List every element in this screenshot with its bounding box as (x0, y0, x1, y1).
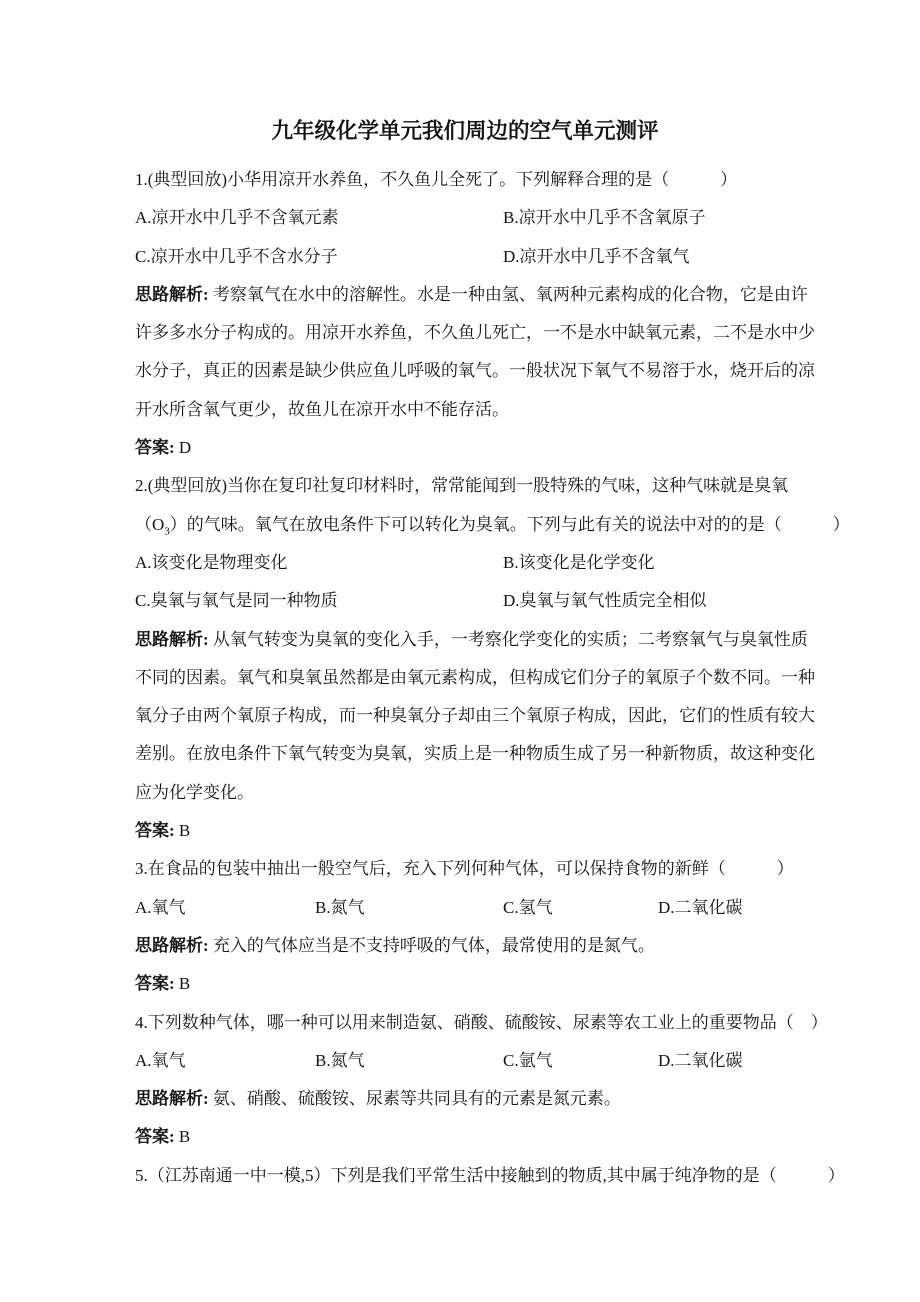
question-1-option-a: A.凉开水中几乎不含氧元素 (135, 199, 503, 237)
question-1-answer-line: 答案: D (135, 429, 795, 467)
question-1-option-d: D.凉开水中几乎不含氧气 (503, 238, 795, 276)
question-1-options-row-1: A.凉开水中几乎不含氧元素 B.凉开水中几乎不含氧原子 (135, 199, 795, 237)
question-3-answer-line: 答案: B (135, 965, 795, 1003)
question-2-analysis-line-1: 思路解析: 从氧气转变为臭氧的变化入手，一考察化学变化的实质；二考察氧气与臭氧性… (135, 621, 795, 659)
question-3-analysis-line-1: 思路解析: 充入的气体应当是不支持呼吸的气体，最常使用的是氮气。 (135, 927, 795, 965)
question-1-options-row-2: C.凉开水中几乎不含水分子 D.凉开水中几乎不含氧气 (135, 238, 795, 276)
question-2-analysis-line-3: 氧分子由两个氧原子构成，而一种臭氧分子却由三个氧原子构成，因此，它们的性质有较大 (135, 697, 795, 735)
answer-label: 答案: (135, 821, 179, 840)
question-3: 3.在食品的包装中抽出一般空气后，充入下列何种气体，可以保持食物的新鲜（ ） A… (135, 850, 795, 1003)
answer-label: 答案: (135, 1127, 179, 1146)
question-2-options-row-1: A.该变化是物理变化 B.该变化是化学变化 (135, 544, 795, 582)
question-2-stem-line-2-post: ）的气味。氧气在放电条件下可以转化为臭氧。下列与此有关的说法中对的的是（ ） (170, 515, 850, 534)
question-4-option-c: C.氩气 (503, 1042, 658, 1080)
question-1-option-b: B.凉开水中几乎不含氧原子 (503, 199, 795, 237)
question-2-stem-line-1: 2.(典型回放)当你在复印社复印材料时，常常能闻到一股特殊的气味，这种气味就是臭… (135, 467, 795, 505)
question-4: 4.下列数种气体，哪一种可以用来制造氨、硝酸、硫酸铵、尿素等农工业上的重要物品（… (135, 1004, 795, 1157)
question-3-option-c: C.氢气 (503, 889, 658, 927)
question-1-answer-value: D (179, 438, 191, 457)
question-2-answer-value: B (179, 821, 190, 840)
analysis-label: 思路解析: (135, 1089, 213, 1108)
question-4-option-b: B.氮气 (315, 1042, 503, 1080)
analysis-label: 思路解析: (135, 285, 213, 304)
question-1-analysis-text-1: 考察氧气在水中的溶解性。水是一种由氢、氧两种元素构成的化合物，它是由许 (213, 285, 808, 304)
question-5-stem: 5.（江苏南通一中一模,5）下列是我们平常生活中接触到的物质,其中属于纯净物的是… (135, 1157, 795, 1195)
question-2-stem-line-2-pre: （O (135, 515, 164, 534)
document-page: 九年级化学单元我们周边的空气单元测评 1.(典型回放)小华用凉开水养鱼，不久鱼儿… (0, 0, 920, 1302)
question-4-options-row: A.氧气 B.氮气 C.氩气 D.二氧化碳 (135, 1042, 795, 1080)
question-2: 2.(典型回放)当你在复印社复印材料时，常常能闻到一股特殊的气味，这种气味就是臭… (135, 467, 795, 850)
question-2-option-b: B.该变化是化学变化 (503, 544, 795, 582)
question-3-options-row: A.氧气 B.氮气 C.氢气 D.二氧化碳 (135, 889, 795, 927)
analysis-label: 思路解析: (135, 936, 213, 955)
question-4-answer-value: B (179, 1127, 190, 1146)
question-3-option-a: A.氧气 (135, 889, 315, 927)
document-content: 九年级化学单元我们周边的空气单元测评 1.(典型回放)小华用凉开水养鱼，不久鱼儿… (135, 109, 795, 1195)
question-1-analysis-line-4: 开水所含氧气更少，故鱼儿在凉开水中不能存活。 (135, 391, 795, 429)
question-1-stem: 1.(典型回放)小华用凉开水养鱼，不久鱼儿全死了。下列解释合理的是（ ） (135, 161, 795, 199)
question-2-option-d: D.臭氧与氧气性质完全相似 (503, 582, 795, 620)
question-1-analysis-line-3: 水分子，真正的因素是缺少供应鱼儿呼吸的氧气。一般状况下氧气不易溶于水，烧开后的凉 (135, 352, 795, 390)
question-4-option-d: D.二氧化碳 (658, 1042, 795, 1080)
analysis-label: 思路解析: (135, 630, 213, 649)
question-3-answer-value: B (179, 974, 190, 993)
question-2-option-c: C.臭氧与氧气是同一种物质 (135, 582, 503, 620)
question-2-analysis-line-5: 应为化学变化。 (135, 774, 795, 812)
question-2-analysis-line-4: 差别。在放电条件下氧气转变为臭氧，实质上是一种物质生成了另一种新物质，故这种变化 (135, 735, 795, 773)
answer-label: 答案: (135, 974, 179, 993)
question-4-analysis-line-1: 思路解析: 氨、硝酸、硫酸铵、尿素等共同具有的元素是氮元素。 (135, 1080, 795, 1118)
question-2-analysis-text-1: 从氧气转变为臭氧的变化入手，一考察化学变化的实质；二考察氧气与臭氧性质 (213, 630, 808, 649)
document-title: 九年级化学单元我们周边的空气单元测评 (135, 109, 795, 153)
question-4-answer-line: 答案: B (135, 1118, 795, 1156)
question-4-stem: 4.下列数种气体，哪一种可以用来制造氨、硝酸、硫酸铵、尿素等农工业上的重要物品（… (135, 1004, 795, 1042)
question-2-answer-line: 答案: B (135, 812, 795, 850)
question-4-option-a: A.氧气 (135, 1042, 315, 1080)
question-2-stem-line-2: （O3）的气味。氧气在放电条件下可以转化为臭氧。下列与此有关的说法中对的的是（ … (135, 506, 795, 544)
question-3-analysis-text-1: 充入的气体应当是不支持呼吸的气体，最常使用的是氮气。 (213, 936, 655, 955)
question-3-stem: 3.在食品的包装中抽出一般空气后，充入下列何种气体，可以保持食物的新鲜（ ） (135, 850, 795, 888)
question-1: 1.(典型回放)小华用凉开水养鱼，不久鱼儿全死了。下列解释合理的是（ ） A.凉… (135, 161, 795, 467)
question-2-options-row-2: C.臭氧与氧气是同一种物质 D.臭氧与氧气性质完全相似 (135, 582, 795, 620)
question-3-option-b: B.氮气 (315, 889, 503, 927)
question-3-option-d: D.二氧化碳 (658, 889, 795, 927)
question-1-analysis-line-2: 许多多水分子构成的。用凉开水养鱼，不久鱼儿死亡，一不是水中缺氧元素，二不是水中少 (135, 314, 795, 352)
question-2-analysis-line-2: 不同的因素。氧气和臭氧虽然都是由氧元素构成，但构成它们分子的氧原子个数不同。一种 (135, 659, 795, 697)
question-4-analysis-text-1: 氨、硝酸、硫酸铵、尿素等共同具有的元素是氮元素。 (213, 1089, 621, 1108)
question-5: 5.（江苏南通一中一模,5）下列是我们平常生活中接触到的物质,其中属于纯净物的是… (135, 1157, 795, 1195)
question-1-option-c: C.凉开水中几乎不含水分子 (135, 238, 503, 276)
question-2-option-a: A.该变化是物理变化 (135, 544, 503, 582)
question-1-analysis-line-1: 思路解析: 考察氧气在水中的溶解性。水是一种由氢、氧两种元素构成的化合物，它是由… (135, 276, 795, 314)
answer-label: 答案: (135, 438, 179, 457)
